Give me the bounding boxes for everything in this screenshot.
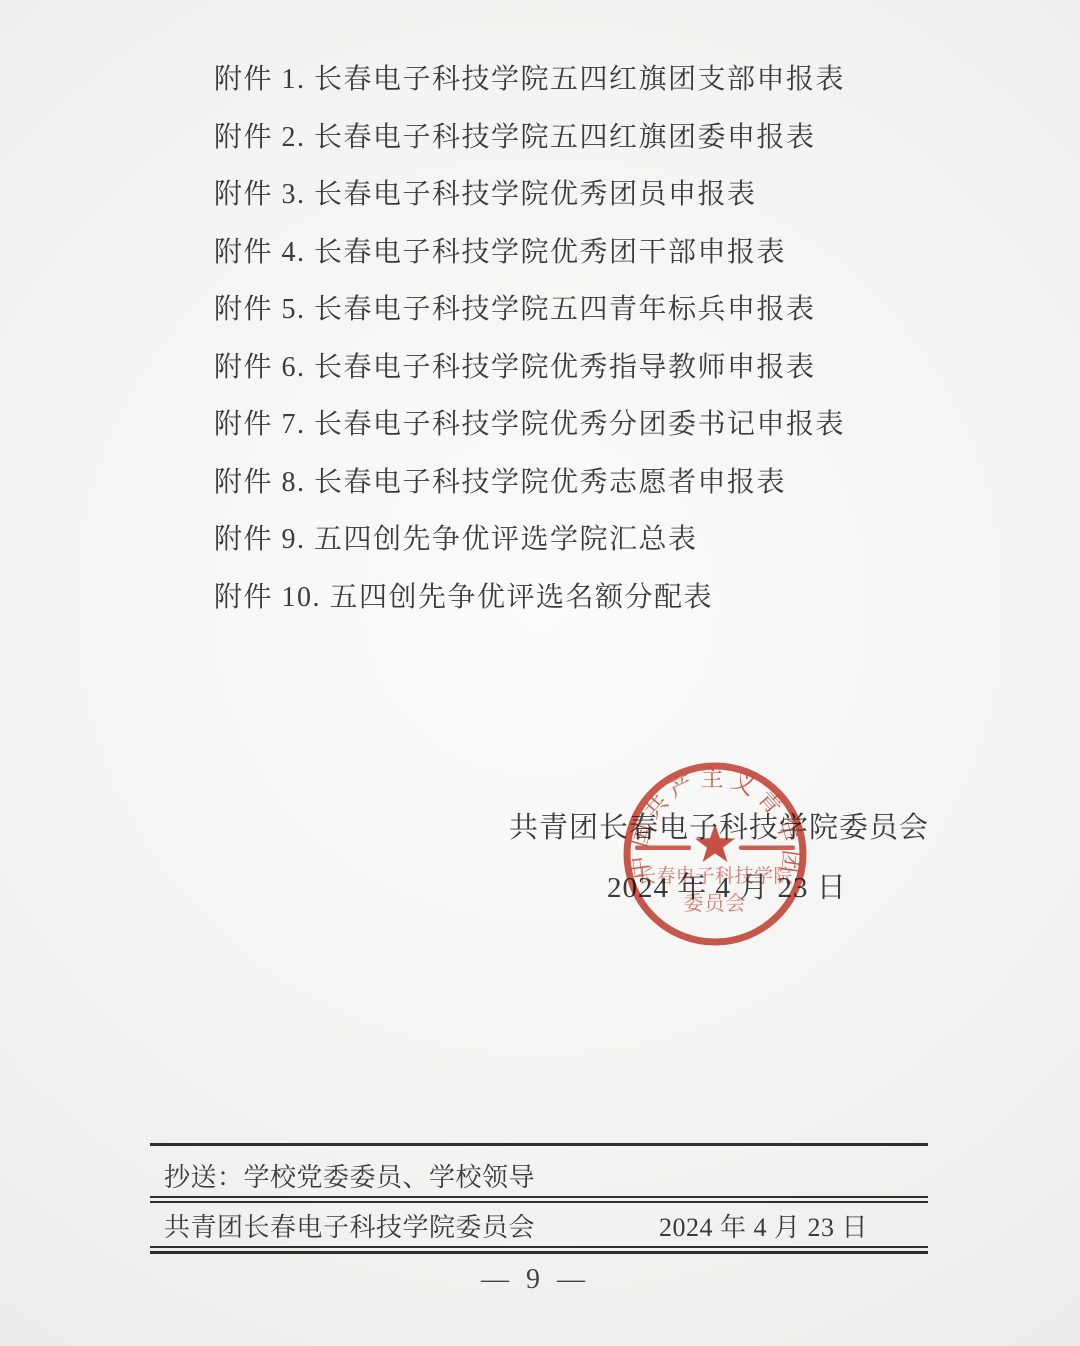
footer-issuer: 共青团长春电子科技学院委员会 xyxy=(164,1212,535,1244)
attachment-item: 附件 8. 长春电子科技学院优秀志愿者申报表 xyxy=(214,454,845,512)
seal-ring xyxy=(627,766,803,942)
attachment-item: 附件 9. 五四创先争优评选学院汇总表 xyxy=(214,511,845,569)
attachment-item: 附件 7. 长春电子科技学院优秀分团委书记申报表 xyxy=(214,396,845,454)
footer-rule-top xyxy=(150,1143,928,1146)
footer-rule-bottom xyxy=(150,1246,928,1248)
footer-rule-bottom xyxy=(150,1251,928,1254)
attachment-item: 附件 4. 长春电子科技学院优秀团干部申报表 xyxy=(214,224,845,282)
attachment-item: 附件 10. 五四创先争优评选名额分配表 xyxy=(214,569,845,627)
footer-rule-middle xyxy=(150,1201,928,1203)
seal-right-bar xyxy=(739,846,795,851)
document-page: 附件 1. 长春电子科技学院五四红旗团支部申报表 附件 2. 长春电子科技学院五… xyxy=(0,0,1080,1346)
signature-date: 2024 年 4 月 23 日 xyxy=(607,872,847,904)
official-seal: 中国共产主义青年团 长春电子科技学院 委员会 xyxy=(619,758,811,950)
footer-cc-line: 抄送：学校党委委员、学校领导 xyxy=(164,1162,535,1194)
attachment-item: 附件 2. 长春电子科技学院五四红旗团委申报表 xyxy=(214,109,845,167)
attachment-item: 附件 6. 长春电子科技学院优秀指导教师申报表 xyxy=(214,339,845,397)
page-number: — 9 — xyxy=(0,1264,1066,1296)
attachment-list: 附件 1. 长春电子科技学院五四红旗团支部申报表 附件 2. 长春电子科技学院五… xyxy=(214,51,845,626)
footer-date: 2024 年 4 月 23 日 xyxy=(659,1212,868,1244)
footer-rule-middle xyxy=(150,1196,928,1198)
seal-left-bar xyxy=(635,846,691,851)
seal-graphic: 中国共产主义青年团 长春电子科技学院 委员会 xyxy=(619,758,811,950)
attachment-item: 附件 3. 长春电子科技学院优秀团员申报表 xyxy=(214,166,845,224)
attachment-item: 附件 5. 长春电子科技学院五四青年标兵申报表 xyxy=(214,281,845,339)
signature-issuer: 共青团长春电子科技学院委员会 xyxy=(509,812,929,844)
attachment-item: 附件 1. 长春电子科技学院五四红旗团支部申报表 xyxy=(214,51,845,109)
